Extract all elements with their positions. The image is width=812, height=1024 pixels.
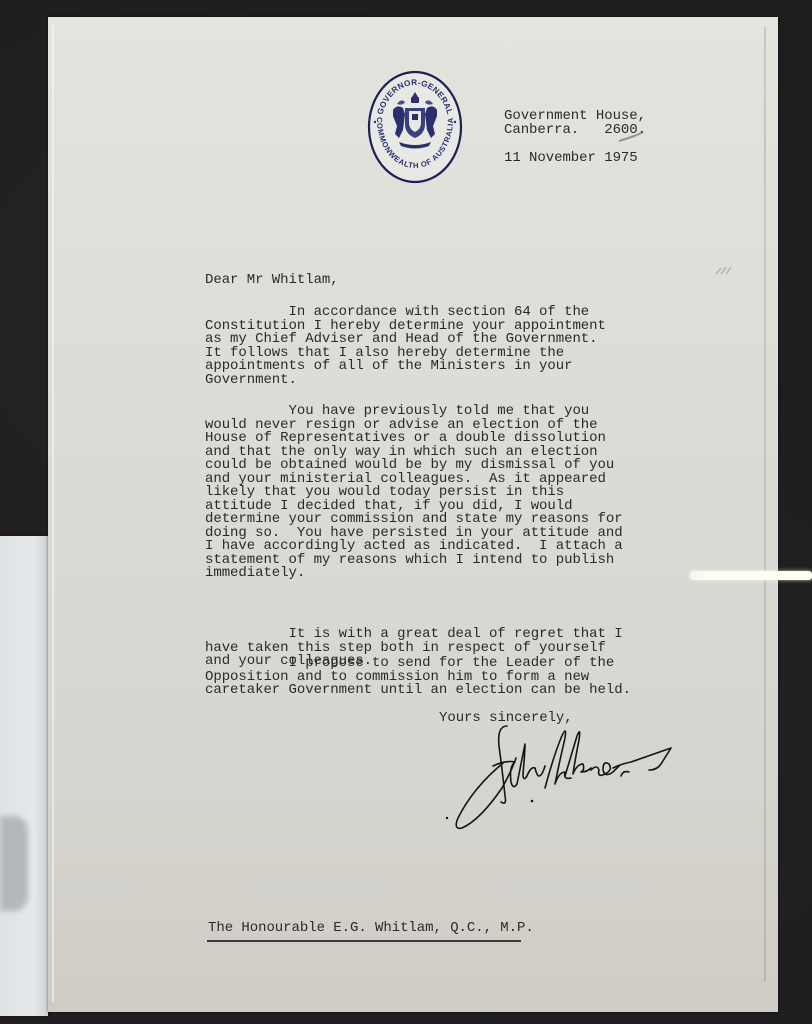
handwritten-signature — [445, 718, 705, 838]
body-paragraph: You have previously told me that you wou… — [205, 405, 623, 581]
body-paragraph: I propose to send for the Leader of the … — [205, 657, 631, 698]
governor-general-seal: GOVERNOR-GENERAL COMMONWEALTH OF AUSTRAL… — [367, 70, 463, 184]
addressee-underline — [207, 940, 521, 942]
salutation: Dear Mr Whitlam, — [205, 274, 339, 288]
ink-smear — [617, 130, 645, 144]
paper-mark — [712, 262, 738, 278]
addressee-line: The Honourable E.G. Whitlam, Q.C., M.P. — [208, 922, 534, 936]
light-glare — [690, 571, 812, 580]
sleeve-edge-left — [52, 25, 54, 1002]
card-shadow-mark — [0, 816, 28, 911]
sleeve-edge-right — [764, 27, 766, 982]
letter-date: 11 November 1975 — [504, 152, 638, 166]
body-paragraph: In accordance with section 64 of the Con… — [205, 306, 606, 387]
adjacent-document-card — [0, 536, 48, 1016]
